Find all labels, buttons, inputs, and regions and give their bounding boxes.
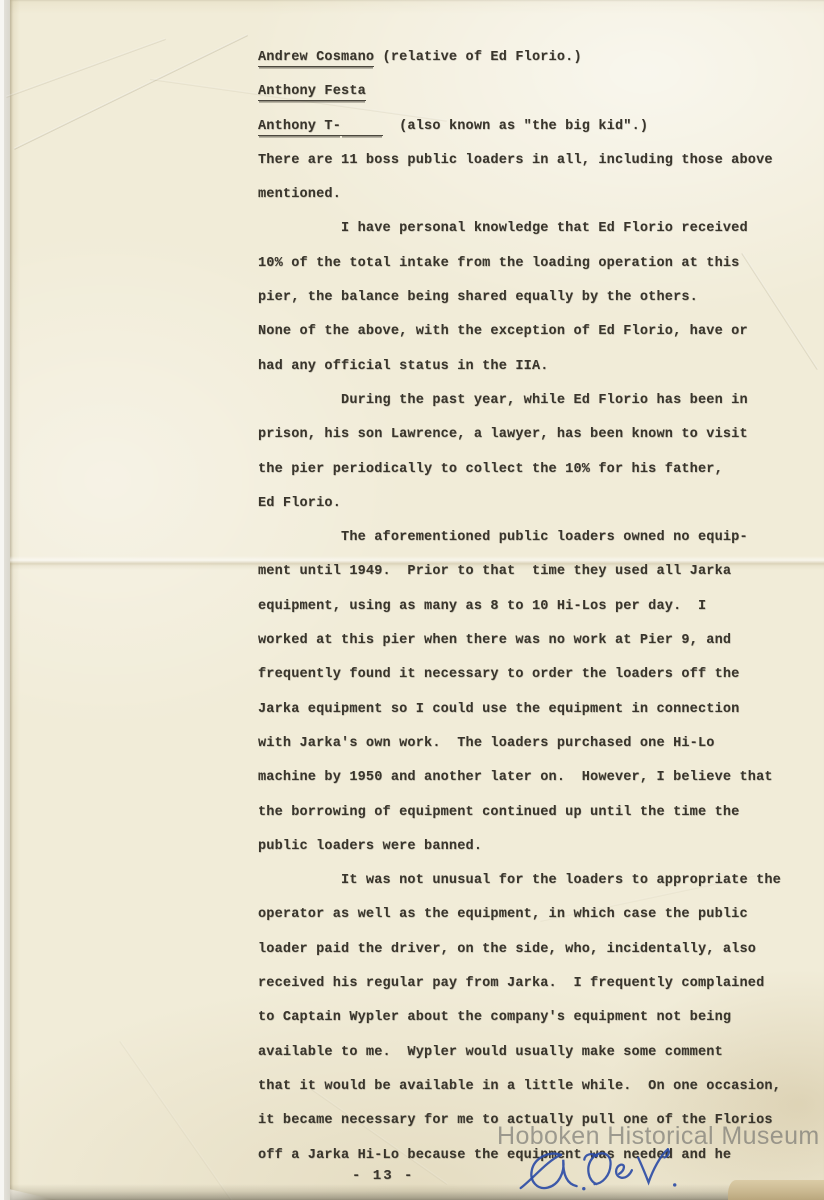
typed-line: There are 11 boss public loaders in all,… bbox=[258, 144, 808, 178]
typed-text-segment: the borrowing of equipment continued up … bbox=[258, 805, 739, 820]
typed-line: machine by 1950 and another later on. Ho… bbox=[258, 761, 808, 795]
typed-text-segment: machine by 1950 and another later on. Ho… bbox=[258, 770, 773, 785]
typed-text-segment: Jarka equipment so I could use the equip… bbox=[258, 702, 739, 717]
underlined-name: Anthony T- bbox=[258, 119, 341, 136]
typed-text-segment: that it would be available in a little w… bbox=[258, 1079, 781, 1094]
typed-line: Andrew Cosmano (relative of Ed Florio.) bbox=[258, 41, 808, 75]
typed-text-segment: It was not unusual for the loaders to ap… bbox=[258, 873, 781, 888]
typed-line: frequently found it necessary to order t… bbox=[258, 658, 808, 692]
typed-text-segment: to Captain Wypler about the company's eq… bbox=[258, 1010, 731, 1025]
typed-text-segment: the pier periodically to collect the 10%… bbox=[258, 462, 723, 477]
typed-line: It was not unusual for the loaders to ap… bbox=[258, 864, 808, 898]
typed-text-segment: worked at this pier when there was no wo… bbox=[258, 633, 731, 648]
typed-line: Ed Florio. bbox=[258, 487, 808, 521]
typed-text-segment: (relative of Ed Florio.) bbox=[374, 50, 582, 65]
typed-text-segment: frequently found it necessary to order t… bbox=[258, 667, 739, 682]
page-number: - 13 - bbox=[352, 1168, 414, 1184]
underlined-name: Anthony Festa bbox=[258, 84, 366, 101]
underlined-name bbox=[341, 119, 383, 136]
typed-text-segment: pier, the balance being shared equally b… bbox=[258, 290, 698, 305]
typed-line: public loaders were banned. bbox=[258, 830, 808, 864]
typed-text-block: Andrew Cosmano (relative of Ed Florio.)A… bbox=[258, 41, 808, 1173]
typed-line: loader paid the driver, on the side, who… bbox=[258, 933, 808, 967]
typed-text-segment: with Jarka's own work. The loaders purch… bbox=[258, 736, 715, 751]
typed-line: ment until 1949. Prior to that time they… bbox=[258, 555, 808, 589]
typed-text-segment: There are 11 boss public loaders in all,… bbox=[258, 153, 773, 168]
typed-line: pier, the balance being shared equally b… bbox=[258, 281, 808, 315]
typed-text-segment: equipment, using as many as 8 to 10 Hi-L… bbox=[258, 599, 706, 614]
typed-text-segment: mentioned. bbox=[258, 187, 341, 202]
underlined-name: Andrew Cosmano bbox=[258, 50, 374, 67]
typed-text-segment: I have personal knowledge that Ed Florio… bbox=[258, 221, 748, 236]
typed-line: to Captain Wypler about the company's eq… bbox=[258, 1001, 808, 1035]
typed-text-segment: operator as well as the equipment, in wh… bbox=[258, 907, 748, 922]
typed-line: I have personal knowledge that Ed Florio… bbox=[258, 212, 808, 246]
typed-text-segment: prison, his son Lawrence, a lawyer, has … bbox=[258, 427, 748, 442]
typed-text-segment: None of the above, with the exception of… bbox=[258, 324, 748, 339]
typed-line: available to me. Wypler would usually ma… bbox=[258, 1036, 808, 1070]
typed-line: operator as well as the equipment, in wh… bbox=[258, 898, 808, 932]
typed-line: None of the above, with the exception of… bbox=[258, 315, 808, 349]
typed-text-segment: received his regular pay from Jarka. I f… bbox=[258, 976, 764, 991]
typed-line: mentioned. bbox=[258, 178, 808, 212]
typed-line: The aforementioned public loaders owned … bbox=[258, 521, 808, 555]
typed-line: 10% of the total intake from the loading… bbox=[258, 247, 808, 281]
typed-text-segment: During the past year, while Ed Florio ha… bbox=[258, 393, 748, 408]
typed-line: with Jarka's own work. The loaders purch… bbox=[258, 727, 808, 761]
scanned-document-page: { "colors": { "paper": "#f1ecd8", "ink":… bbox=[0, 0, 824, 1200]
bottom-right-tape-patch bbox=[728, 1180, 824, 1200]
signature-handwriting bbox=[515, 1142, 680, 1200]
typed-text-segment: available to me. Wypler would usually ma… bbox=[258, 1045, 723, 1060]
typed-line: the pier periodically to collect the 10%… bbox=[258, 453, 808, 487]
typed-text-segment: loader paid the driver, on the side, who… bbox=[258, 942, 756, 957]
typed-line: prison, his son Lawrence, a lawyer, has … bbox=[258, 418, 808, 452]
typed-line: that it would be available in a little w… bbox=[258, 1070, 808, 1104]
typed-line: Anthony T- (also known as "the big kid".… bbox=[258, 110, 808, 144]
typed-text-segment: public loaders were banned. bbox=[258, 839, 482, 854]
typed-line: worked at this pier when there was no wo… bbox=[258, 624, 808, 658]
typed-line: had any official status in the IIA. bbox=[258, 350, 808, 384]
typed-line: During the past year, while Ed Florio ha… bbox=[258, 384, 808, 418]
typed-text-segment: Ed Florio. bbox=[258, 496, 341, 511]
torn-bottom-edge bbox=[10, 1184, 824, 1200]
typed-text-segment: (also known as "the big kid".) bbox=[383, 119, 649, 134]
typed-text-segment: ment until 1949. Prior to that time they… bbox=[258, 564, 731, 579]
typed-line: equipment, using as many as 8 to 10 Hi-L… bbox=[258, 590, 808, 624]
typed-text-segment: 10% of the total intake from the loading… bbox=[258, 256, 739, 271]
typed-line: received his regular pay from Jarka. I f… bbox=[258, 967, 808, 1001]
typed-text-segment: had any official status in the IIA. bbox=[258, 359, 549, 374]
typed-line: the borrowing of equipment continued up … bbox=[258, 796, 808, 830]
typed-line: Jarka equipment so I could use the equip… bbox=[258, 693, 808, 727]
typed-text-segment: The aforementioned public loaders owned … bbox=[258, 530, 748, 545]
typed-line: Anthony Festa bbox=[258, 75, 808, 109]
